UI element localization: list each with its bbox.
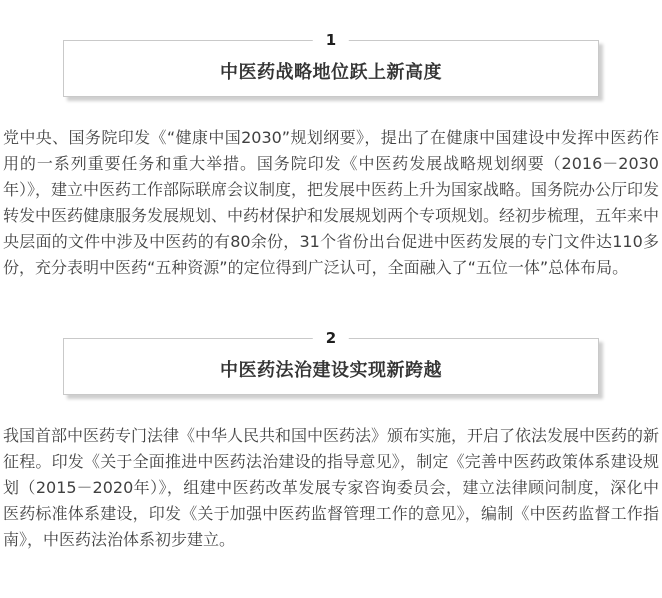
section-1-header-box: 1 中医药战略地位跃上新高度: [63, 40, 599, 97]
section-1: 1 中医药战略地位跃上新高度 党中央、国务院印发《“健康中国2030”规划纲要》…: [0, 40, 662, 281]
section-2-paragraph: 我国首部中医药专门法律《中华人民共和国中医药法》颁布实施，开启了依法发展中医药的…: [0, 423, 662, 553]
section-1-paragraph: 党中央、国务院印发《“健康中国2030”规划纲要》，提出了在健康中国建设中发挥中…: [0, 125, 662, 281]
section-1-number: 1: [313, 33, 349, 48]
article-page: 1 中医药战略地位跃上新高度 党中央、国务院印发《“健康中国2030”规划纲要》…: [0, 0, 662, 598]
section-2-title: 中医药法治建设实现新跨越: [220, 352, 442, 382]
section-2-header-box: 2 中医药法治建设实现新跨越: [63, 338, 599, 395]
section-1-title: 中医药战略地位跃上新高度: [220, 54, 442, 84]
section-2: 2 中医药法治建设实现新跨越 我国首部中医药专门法律《中华人民共和国中医药法》颁…: [0, 338, 662, 553]
section-2-number: 2: [313, 331, 349, 346]
